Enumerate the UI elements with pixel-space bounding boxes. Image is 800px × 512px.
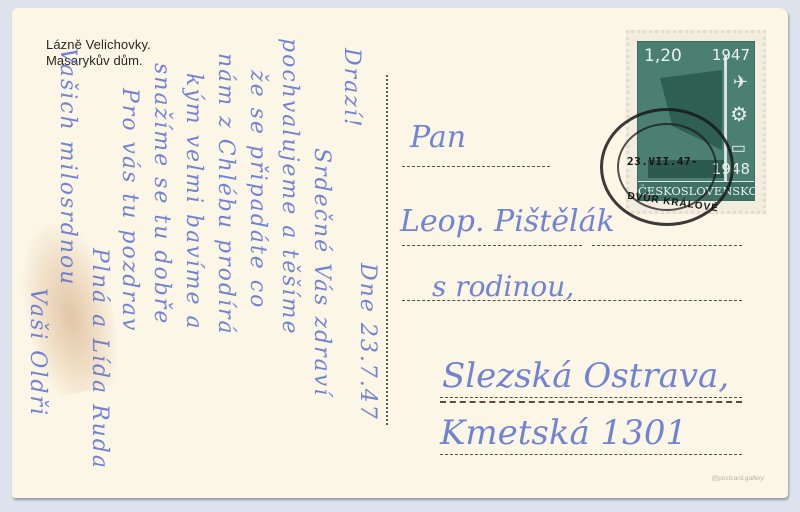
- stamp-value: 1,20: [644, 46, 682, 66]
- book-icon: ▭: [731, 138, 746, 158]
- message-column: nám z Chlébu prodírá: [213, 53, 238, 336]
- message-column: Vašich milosrdnou: [55, 48, 80, 286]
- address-rule: [440, 454, 742, 455]
- message-column: pochvalujeme a těšíme: [277, 38, 302, 335]
- address-rule: [592, 245, 742, 246]
- message-column: Vaši Oldři: [25, 288, 50, 417]
- address-rule: [440, 397, 742, 398]
- address-line-3: s rodinou,: [432, 270, 574, 303]
- address-line-5: Kmetská 1301: [440, 413, 687, 453]
- center-divider: [386, 75, 388, 425]
- address-line-4: Slezská Ostrava,: [442, 356, 729, 396]
- message-column: Drazí!: [339, 48, 364, 129]
- address-line-2: Leop. Pištělák: [400, 204, 615, 239]
- address-line-1: Pan: [410, 120, 466, 155]
- watermark: @postcard.gallery: [712, 475, 764, 482]
- gear-icon: ⚙: [730, 102, 748, 127]
- address-rule: [402, 166, 550, 167]
- address-rule: [402, 300, 742, 301]
- message-column: Pro vás tu pozdrav: [117, 88, 142, 332]
- postmark-date: 23.VII.47-: [627, 155, 698, 168]
- address-rule: [440, 401, 742, 403]
- message-date: Dne 23.7.47: [355, 263, 380, 421]
- postmark: 23.VII.47- DVŮR KRÁLOVÉ: [600, 108, 734, 226]
- airplane-icon: ✈: [733, 72, 748, 93]
- postcard-back: Lázně Velichovky. Masarykův dům. Drazí! …: [12, 8, 788, 498]
- message-column: snažíme se tu dobře: [149, 63, 174, 325]
- message-column: že se připadáte co: [245, 70, 270, 309]
- message-column: kým velmi bavíme a: [181, 73, 206, 331]
- address-rule: [402, 245, 582, 246]
- message-column: Srdečné Vás zdraví: [309, 148, 334, 397]
- stamp-year-start: 1947: [712, 46, 750, 64]
- message-column: Plná a Lída Ruda: [87, 248, 112, 470]
